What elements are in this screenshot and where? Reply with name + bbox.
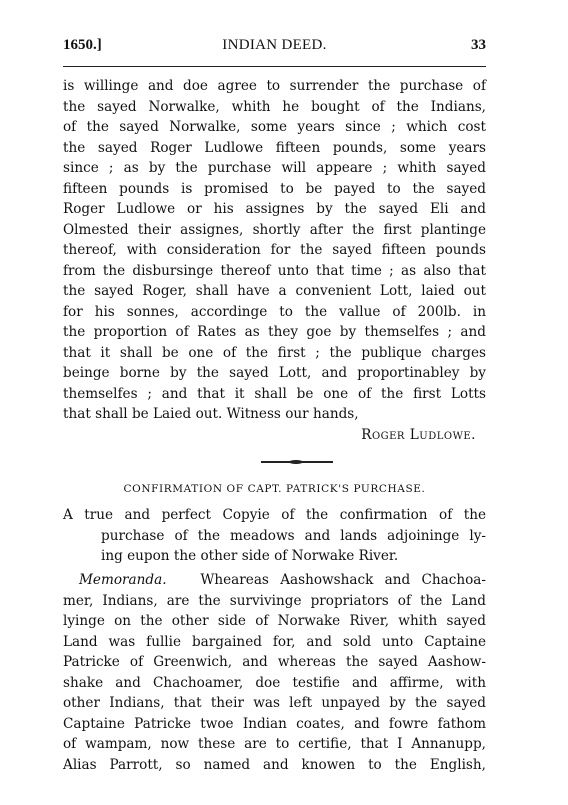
text-line: beinge borne by the sayed Lott, and prop… xyxy=(63,363,486,384)
intro-line: A true and perfect Copyie of the confirm… xyxy=(63,505,486,526)
text-line: Captaine Patricke twoe Indian coates, an… xyxy=(63,714,486,735)
text-line: Patricke of Greenwich, and whereas the s… xyxy=(63,652,486,673)
section-divider xyxy=(261,461,333,463)
signature: Roger Ludlowe. xyxy=(63,425,486,446)
text-line: Roger Ludlowe or his assignes by the say… xyxy=(63,199,486,220)
text-line: for his sonnes, accordinge to the vallue… xyxy=(63,302,486,323)
text-line: of wampam, now these are to certifie, th… xyxy=(63,734,486,755)
memoranda-paragraph: Memoranda. Wheareas Aashowshack and Chac… xyxy=(63,570,486,775)
text-line: thereof, with consideration for the saye… xyxy=(63,240,486,261)
running-head-title: INDIAN DEED. xyxy=(63,37,486,54)
intro-line: purchase of the meadows and lands adjoin… xyxy=(63,526,486,547)
text-line: of the sayed Norwalke, some years since … xyxy=(63,117,486,138)
text-line: that shall be Laied out. Witness our han… xyxy=(63,404,486,425)
section-intro: A true and perfect Copyie of the confirm… xyxy=(63,505,486,567)
text-line: from the disbursinge thereof unto that t… xyxy=(63,261,486,282)
text-line: shake and Chachoamer, doe testifie and a… xyxy=(63,673,486,694)
text-line: Olmested their assignes, shortly after t… xyxy=(63,220,486,241)
text-line: lyinge on the other side of Norwake Rive… xyxy=(63,611,486,632)
section-title: CONFIRMATION OF CAPT. PATRICK'S PURCHASE… xyxy=(63,483,486,495)
text-line: since ; as by the purchase will appeare … xyxy=(63,158,486,179)
page-number: 33 xyxy=(471,37,486,54)
text-line: Alias Parrott, so named and knowen to th… xyxy=(63,755,486,776)
memo-first-line: Memoranda. Wheareas Aashowshack and Chac… xyxy=(63,570,486,591)
running-head: 1650.] INDIAN DEED. 33 xyxy=(63,37,486,57)
intro-line: ing eupon the other side of Norwake Rive… xyxy=(63,546,486,567)
text-line: Land was fullie bargained for, and sold … xyxy=(63,632,486,653)
memo-first-text: Wheareas Aashowshack and Chachoa- xyxy=(200,572,486,588)
text-line: that it shall be one of the first ; the … xyxy=(63,343,486,364)
text-line: mer, Indians, are the survivinge propria… xyxy=(63,591,486,612)
text-line: the sayed Norwalke, whith he bought of t… xyxy=(63,97,486,118)
text-line: fifteen pounds is promised to be payed t… xyxy=(63,179,486,200)
text-line: is willinge and doe agree to surrender t… xyxy=(63,76,486,97)
memo-label: Memoranda. xyxy=(79,572,167,588)
text-line: other Indians, that their was left unpay… xyxy=(63,693,486,714)
text-line: themselfes ; and that it shall be one of… xyxy=(63,384,486,405)
text-line: the sayed Roger, shall have a convenient… xyxy=(63,281,486,302)
header-rule xyxy=(63,66,486,67)
text-line: the sayed Roger Ludlowe fifteen pounds, … xyxy=(63,138,486,159)
deed-text: is willinge and doe agree to surrender t… xyxy=(63,76,486,445)
text-line: the proportion of Rates as they goe by t… xyxy=(63,322,486,343)
